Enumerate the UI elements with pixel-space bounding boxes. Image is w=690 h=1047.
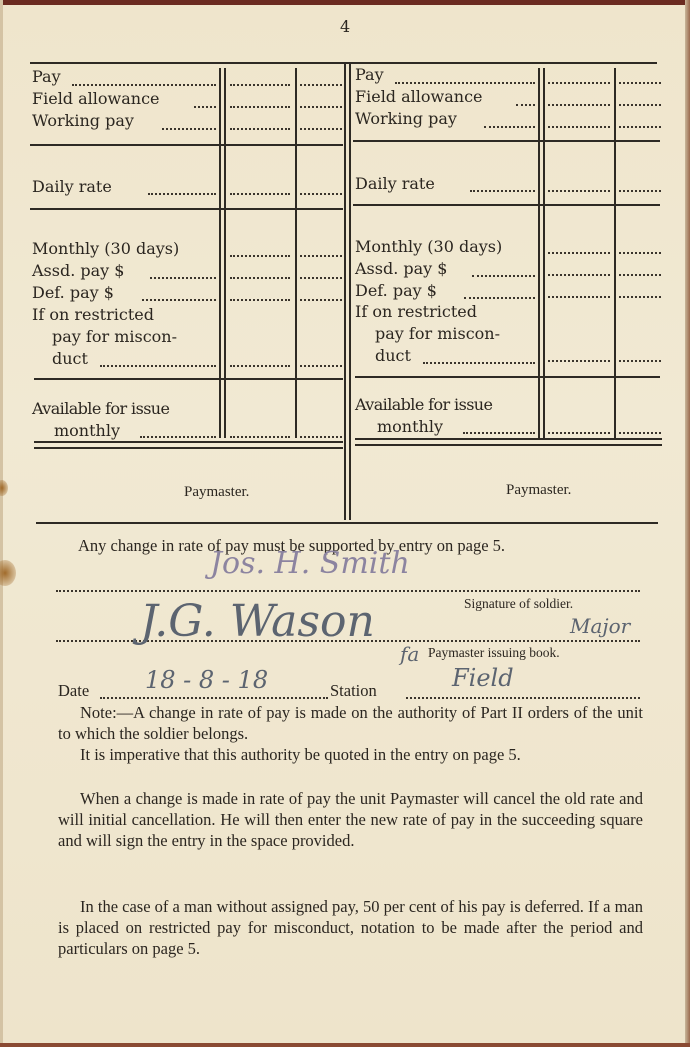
column-divider	[349, 62, 351, 520]
label-restricted-2: pay for miscon-	[375, 323, 500, 345]
cell[interactable]	[619, 104, 661, 106]
station-field[interactable]	[406, 697, 640, 699]
note-paragraph-1: Note:—A change in rate of pay is made on…	[58, 702, 643, 744]
cell-divider	[538, 68, 540, 438]
label-working-pay: Working pay	[32, 110, 134, 132]
cell[interactable]	[230, 299, 290, 301]
soldier-signature-label: Signature of soldier.	[464, 596, 573, 612]
cell[interactable]	[548, 104, 610, 106]
stain	[0, 560, 16, 586]
row-rule	[353, 140, 660, 142]
assd-pay-field[interactable]	[472, 275, 535, 277]
label-def-pay: Def. pay $	[355, 280, 437, 302]
label-restricted-3: duct	[52, 348, 88, 370]
row-rule	[34, 378, 343, 380]
label-pay: Pay	[32, 66, 61, 88]
paymaster-label: Paymaster.	[506, 482, 571, 499]
def-pay-field[interactable]	[464, 297, 535, 299]
note-paragraph-2: It is imperative that this authority be …	[58, 744, 643, 765]
cell[interactable]	[548, 126, 610, 128]
cell[interactable]	[300, 106, 342, 108]
pay-field[interactable]	[72, 84, 216, 86]
cell[interactable]	[230, 365, 290, 367]
date-field[interactable]	[100, 697, 328, 699]
row-rule	[30, 208, 343, 210]
double-rule	[34, 447, 343, 449]
label-available-monthly: monthly	[54, 420, 120, 442]
label-available-monthly: monthly	[377, 416, 443, 438]
label-available: Available for issue	[355, 394, 492, 416]
cell[interactable]	[300, 128, 342, 130]
cell[interactable]	[619, 126, 661, 128]
available-field[interactable]	[463, 432, 535, 434]
cell-divider	[543, 68, 545, 438]
label-restricted-1: If on restricted	[32, 304, 154, 326]
paymaster-issuing-label: Paymaster issuing book.	[428, 645, 560, 661]
label-restricted-1: If on restricted	[355, 301, 477, 323]
label-assd-pay: Assd. pay $	[32, 260, 124, 282]
cell[interactable]	[300, 255, 342, 257]
working-pay-field[interactable]	[162, 128, 216, 130]
cell[interactable]	[230, 277, 290, 279]
double-rule	[355, 444, 662, 446]
soldier-signature-line[interactable]	[56, 590, 640, 592]
column-divider	[344, 62, 346, 520]
cell-divider	[219, 68, 221, 438]
cell[interactable]	[300, 436, 342, 438]
paymaster-rank: Major	[570, 614, 630, 638]
note-paragraph-3: When a change is made in rate of pay the…	[58, 788, 643, 851]
cell-divider	[224, 68, 226, 438]
label-pay: Pay	[355, 64, 384, 86]
def-pay-field[interactable]	[142, 299, 216, 301]
cell[interactable]	[230, 193, 290, 195]
cell[interactable]	[230, 106, 290, 108]
double-rule	[34, 441, 343, 443]
cell[interactable]	[548, 360, 610, 362]
cell[interactable]	[548, 252, 610, 254]
date-label: Date	[58, 680, 89, 701]
paymaster-label: Paymaster.	[184, 484, 249, 501]
restricted-field[interactable]	[100, 365, 216, 367]
assd-pay-field[interactable]	[150, 277, 216, 279]
binding-edge	[0, 0, 3, 1047]
label-daily-rate: Daily rate	[32, 176, 112, 198]
working-pay-field[interactable]	[484, 126, 535, 128]
cell[interactable]	[548, 432, 610, 434]
cell[interactable]	[230, 255, 290, 257]
field-allowance-field[interactable]	[516, 104, 535, 106]
soldier-signature: Jos. H. Smith	[210, 546, 410, 581]
label-daily-rate: Daily rate	[355, 173, 435, 195]
paymaster-signature: J.G. Wason	[140, 596, 375, 647]
cell[interactable]	[619, 190, 661, 192]
note-paragraph-4: In the case of a man without assigned pa…	[58, 896, 643, 959]
label-def-pay: Def. pay $	[32, 282, 114, 304]
cell-divider	[614, 68, 616, 438]
restricted-field[interactable]	[423, 362, 535, 364]
cell[interactable]	[300, 365, 342, 367]
cell[interactable]	[300, 299, 342, 301]
cell[interactable]	[300, 193, 342, 195]
pay-field[interactable]	[395, 82, 535, 84]
page-number: 4	[340, 17, 350, 36]
label-field-allowance: Field allowance	[355, 86, 483, 108]
label-monthly: Monthly (30 days)	[355, 236, 502, 258]
page-edge	[685, 0, 690, 1047]
cell[interactable]	[619, 360, 661, 362]
label-field-allowance: Field allowance	[32, 88, 160, 110]
field-allowance-field[interactable]	[194, 106, 216, 108]
cell[interactable]	[300, 84, 342, 86]
cell[interactable]	[619, 252, 661, 254]
document-page: 4 Pay Field allowance Working pay Daily …	[0, 0, 690, 1047]
station-value: Field	[452, 664, 514, 692]
label-available: Available for issue	[32, 398, 169, 420]
stain	[0, 480, 8, 496]
daily-rate-field[interactable]	[148, 193, 216, 195]
table-bottom-rule	[36, 522, 658, 524]
cell[interactable]	[619, 82, 661, 84]
book-cover-edge-bottom	[0, 1043, 690, 1047]
label-assd-pay: Assd. pay $	[355, 258, 447, 280]
cell[interactable]	[619, 296, 661, 298]
cell[interactable]	[300, 277, 342, 279]
book-cover-edge	[0, 0, 690, 5]
daily-rate-field[interactable]	[470, 190, 535, 192]
cell[interactable]	[548, 82, 610, 84]
label-restricted-2: pay for miscon-	[52, 326, 177, 348]
paymaster-prefix: fa	[400, 642, 419, 666]
label-monthly: Monthly (30 days)	[32, 238, 179, 260]
cell[interactable]	[230, 128, 290, 130]
date-value: 18 - 8 - 18	[145, 666, 268, 694]
row-rule	[30, 144, 343, 146]
cell[interactable]	[619, 274, 661, 276]
cell[interactable]	[548, 274, 610, 276]
cell[interactable]	[230, 84, 290, 86]
cell[interactable]	[230, 436, 290, 438]
station-label: Station	[330, 680, 377, 701]
row-rule	[355, 376, 660, 378]
cell[interactable]	[548, 190, 610, 192]
label-restricted-3: duct	[375, 345, 411, 367]
row-rule	[353, 204, 660, 206]
available-field[interactable]	[140, 436, 216, 438]
double-rule	[355, 438, 662, 440]
cell[interactable]	[548, 296, 610, 298]
label-working-pay: Working pay	[355, 108, 457, 130]
cell-divider	[295, 68, 297, 438]
cell[interactable]	[619, 432, 661, 434]
